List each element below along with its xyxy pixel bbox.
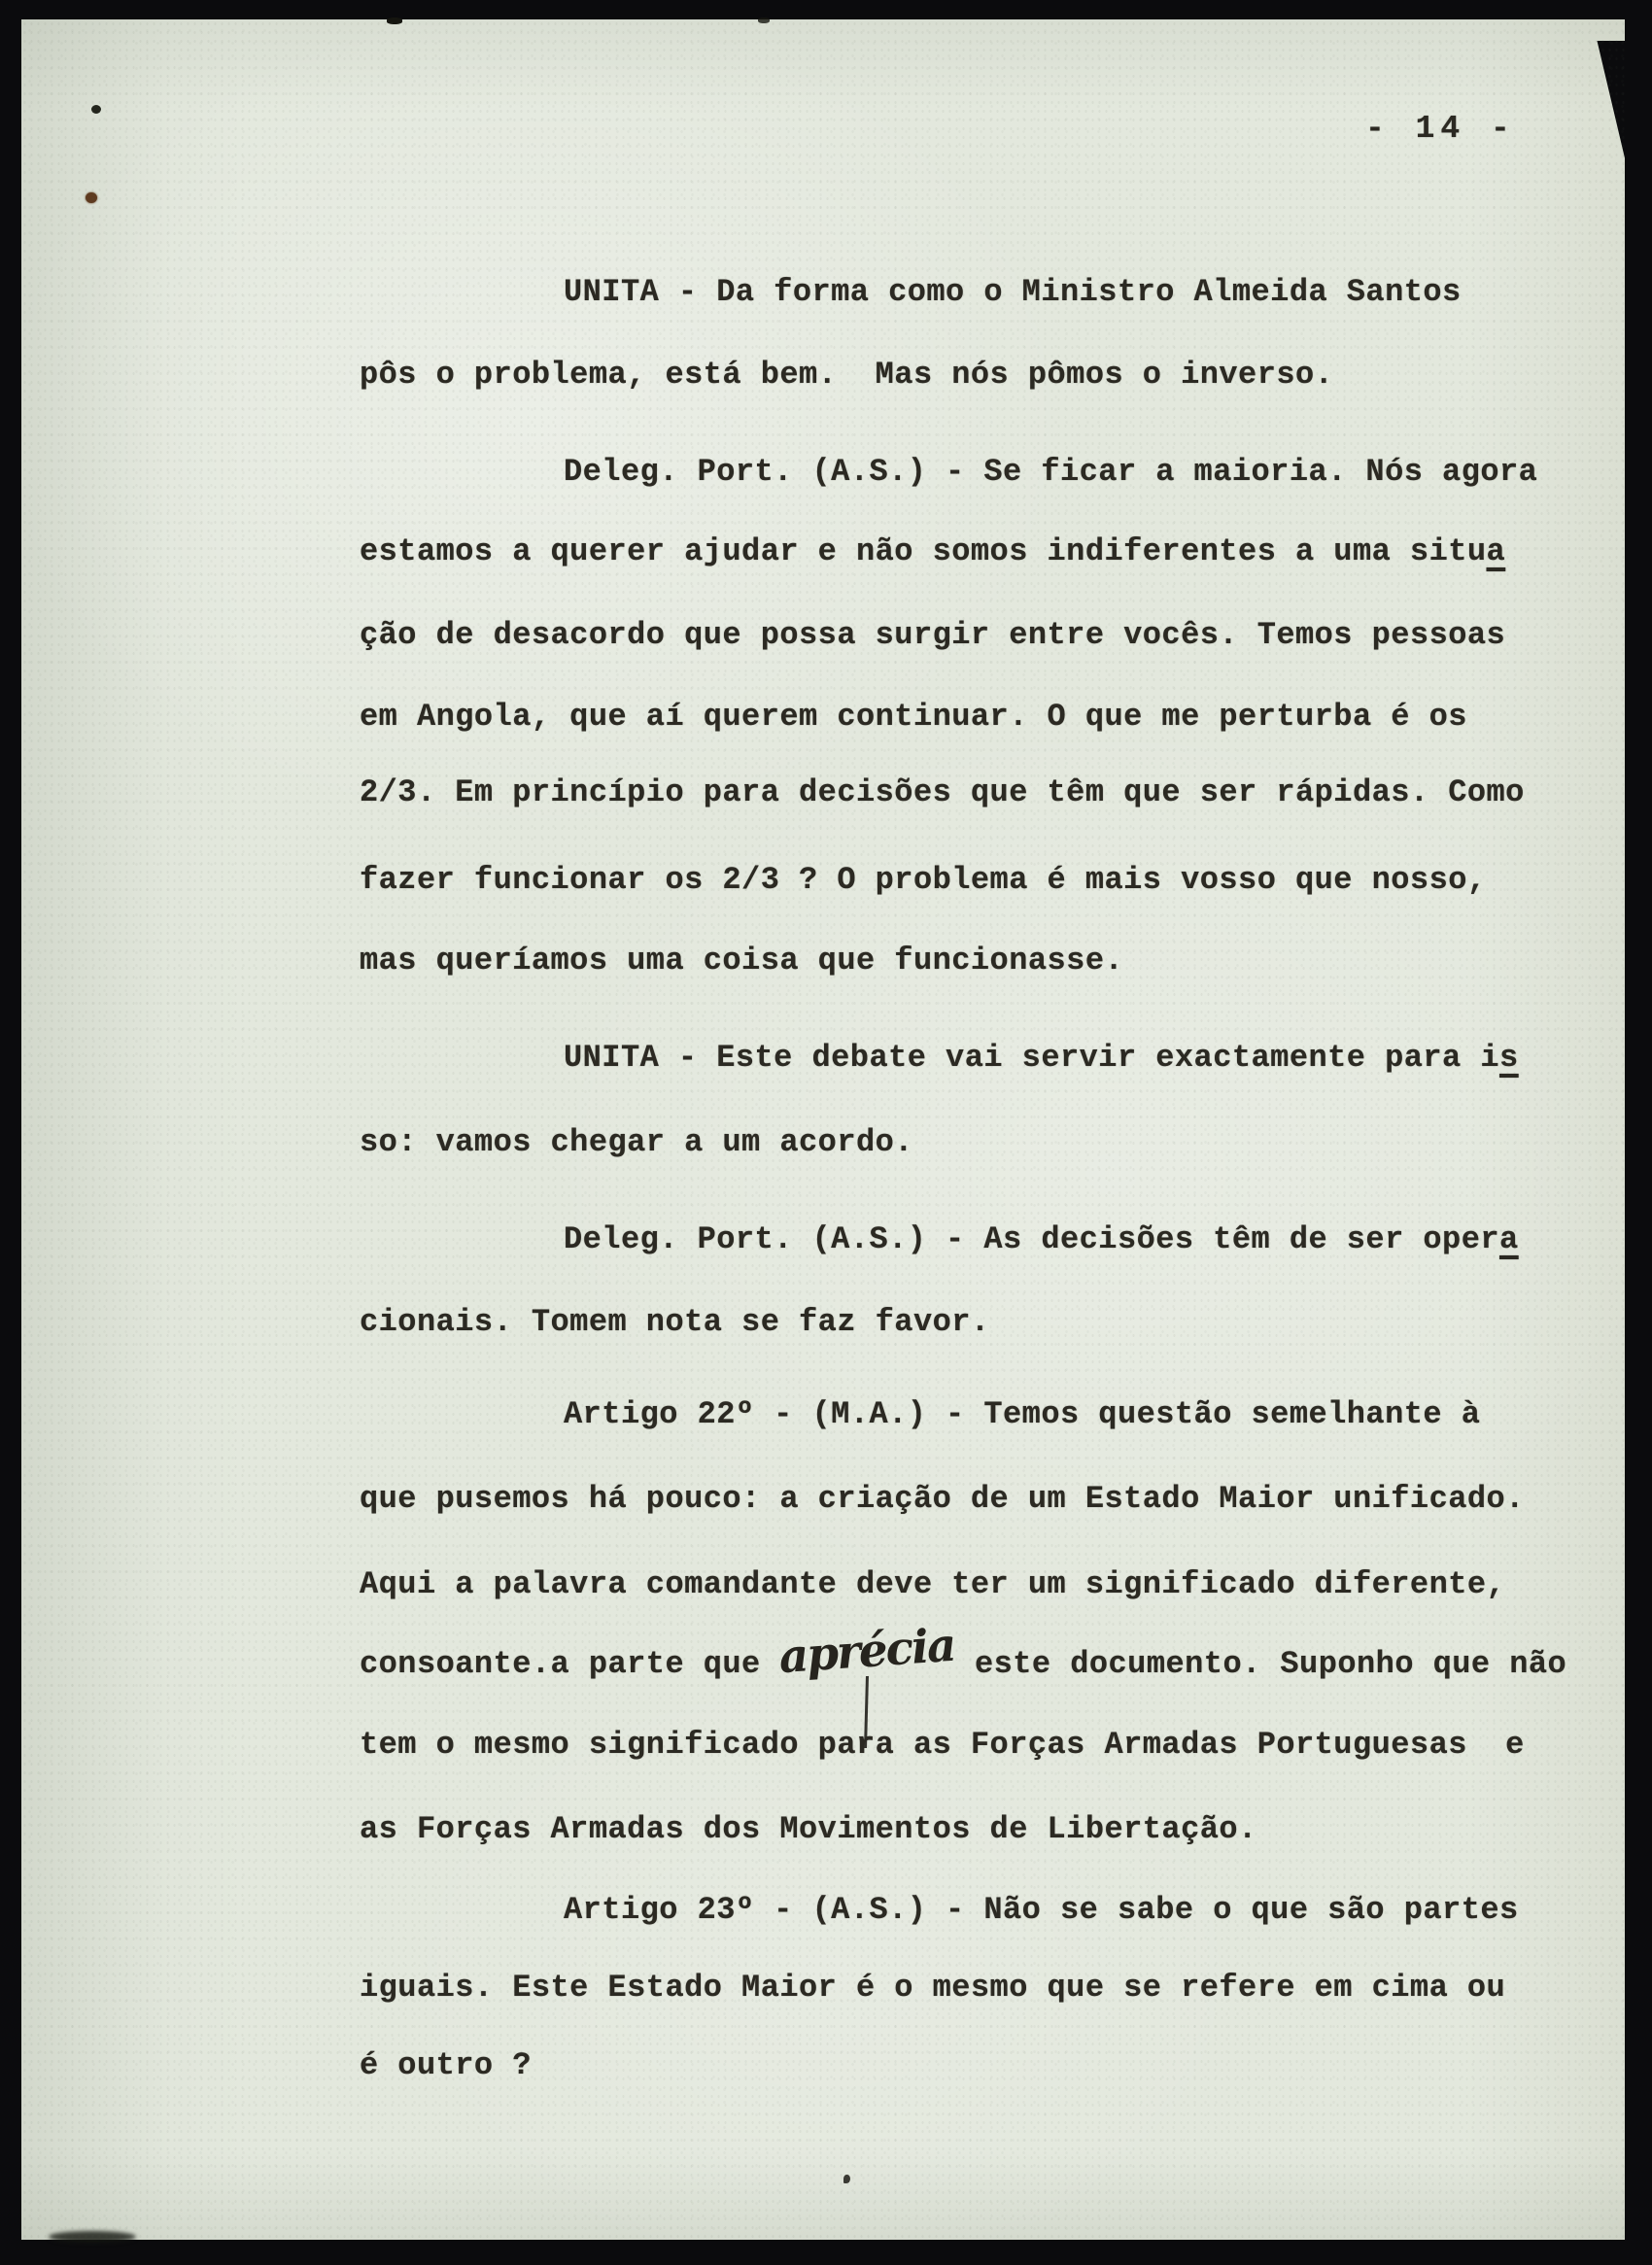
underlined-syllable: a xyxy=(1487,533,1506,569)
text-segment: Deleg. Port. (A.S.) - As decisões têm de… xyxy=(564,1221,1499,1257)
underlined-syllable: a xyxy=(1499,1221,1519,1257)
text-line: fazer funcionar os 2/3 ? O problema é ma… xyxy=(360,865,1487,896)
text-line: Deleg. Port. (A.S.) - Se ficar a maioria… xyxy=(564,457,1537,488)
page-number: - 14 - xyxy=(1365,111,1516,147)
text-line: em Angola, que aí querem continuar. O qu… xyxy=(360,702,1467,733)
underlined-syllable: s xyxy=(1499,1040,1519,1076)
text-line: ção de desacordo que possa surgir entre … xyxy=(360,620,1505,651)
text-line: iguais. Este Estado Maior é o mesmo que … xyxy=(360,1973,1505,2004)
text-line: Artigo 22º - (M.A.) - Temos questão seme… xyxy=(564,1399,1480,1430)
text-line: as Forças Armadas dos Movimentos de Libe… xyxy=(360,1814,1257,1845)
text-line: UNITA - Este debate vai servir exactamen… xyxy=(564,1043,1519,1074)
text-line: Aqui a palavra comandante deve ter um si… xyxy=(360,1569,1505,1600)
text-line: tem o mesmo significado para as Forças A… xyxy=(360,1730,1525,1761)
text-line: que pusemos há pouco: a criação de um Es… xyxy=(360,1484,1525,1515)
text-line: é outro ? xyxy=(360,2050,532,2081)
typewritten-text: - 14 - UNITA - Da forma como o Ministro … xyxy=(0,0,1652,2265)
text-segment: UNITA - Este debate vai servir exactamen… xyxy=(564,1040,1499,1076)
text-segment: estamos a querer ajudar e não somos indi… xyxy=(360,533,1487,569)
text-segment: consoante.a parte que xyxy=(360,1646,779,1682)
text-line: so: vamos chegar a um acordo. xyxy=(360,1127,913,1158)
text-line: mas queríamos uma coisa que funcionasse. xyxy=(360,945,1123,977)
text-line: 2/3. Em princípio para decisões que têm … xyxy=(360,777,1525,808)
text-line: consoante.a parte que aprécia este docum… xyxy=(360,1649,1566,1680)
scanned-document-page: - 14 - UNITA - Da forma como o Ministro … xyxy=(0,0,1652,2265)
text-line: Artigo 23º - (A.S.) - Não se sabe o que … xyxy=(564,1895,1519,1926)
text-line: estamos a querer ajudar e não somos indi… xyxy=(360,536,1505,567)
text-line: Deleg. Port. (A.S.) - As decisões têm de… xyxy=(564,1224,1519,1255)
text-segment: este documento. Suponho que não xyxy=(955,1646,1566,1682)
text-line: cionais. Tomem nota se faz favor. xyxy=(360,1307,990,1338)
text-line: pôs o problema, está bem. Mas nós pômos … xyxy=(360,360,1333,391)
text-line: UNITA - Da forma como o Ministro Almeida… xyxy=(564,277,1462,308)
handwritten-word: aprécia xyxy=(779,1646,954,1659)
